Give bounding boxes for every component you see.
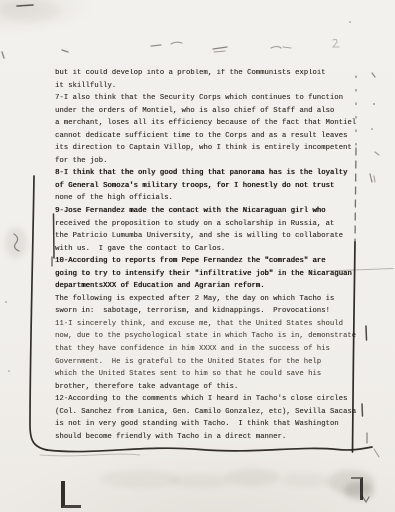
document-line: 7-I also think that the Security Corps w… — [55, 92, 365, 105]
document-line: sworn in: sabotage, terrorism, and kidna… — [55, 305, 365, 318]
document-line: 10-According to reports from Pepe Fernan… — [55, 255, 365, 268]
document-line: 9-Jose Fernandez made the contact with t… — [55, 205, 365, 218]
scanned-page: but it could develop into a problem, if … — [0, 0, 395, 512]
document-line: Government. He is grateful to the United… — [55, 356, 365, 369]
document-line: it skillfully. — [55, 80, 365, 93]
document-line: (Col. Sanchez from Lanica, Gen. Camilo G… — [55, 406, 365, 419]
document-line: 11-I sincerely think, and excuse me, tha… — [55, 318, 365, 331]
smudge-bottom-1 — [100, 470, 180, 488]
smudge-top-left — [0, 0, 60, 22]
document-line: brother, therefore take advantage of thi… — [55, 381, 365, 394]
document-line: with us. I gave the contact to Carlos. — [55, 243, 365, 256]
document-line: cannot dedicate sufficient time to the C… — [55, 130, 365, 143]
smudge-bottom-4 — [280, 473, 330, 487]
document-line: of General Somoza's military troops, for… — [55, 180, 365, 193]
document-line: should become friendly with Tacho in a d… — [55, 431, 365, 444]
document-line: that they have confidence in him XXXX an… — [55, 343, 365, 356]
document-line: its direction to Captain Villop, who I t… — [55, 142, 365, 155]
document-line: received the proposition to study on a s… — [55, 218, 365, 231]
smudge-bottom-2 — [170, 474, 230, 488]
document-line: the Patricio Lumumba University, and she… — [55, 230, 365, 243]
document-text: but it could develop into a problem, if … — [55, 67, 365, 443]
document-line: The following is expected after 2 May, t… — [55, 293, 365, 306]
document-line: departmentsXXX of Education and Agrarian… — [55, 280, 365, 293]
document-line: under the orders of Montiel, who is also… — [55, 105, 365, 118]
document-line: none of the high officials. — [55, 192, 365, 205]
document-line: but it could develop into a problem, if … — [55, 67, 365, 80]
margin-emphasis-line — [54, 214, 55, 258]
bottom-left-corner-mark — [61, 481, 81, 508]
document-line: which the United States sent to him so t… — [55, 368, 365, 381]
smudge-bottom-3 — [225, 469, 280, 486]
smudge-left-margin — [5, 227, 27, 259]
document-line: 8-I think that the only good thing that … — [55, 167, 365, 180]
document-line: for the job. — [55, 155, 365, 168]
document-line: going to try to intensify their "infiltr… — [55, 268, 365, 281]
document-line: 12-According to the comments which I hea… — [55, 393, 365, 406]
bottom-right-corner-mark — [351, 477, 363, 500]
document-line: a merchant, loses all its efficiency bec… — [55, 117, 365, 130]
document-line: is not in very good standing with Tacho.… — [55, 418, 365, 431]
document-line: now, due to the psychological state in w… — [55, 330, 365, 343]
